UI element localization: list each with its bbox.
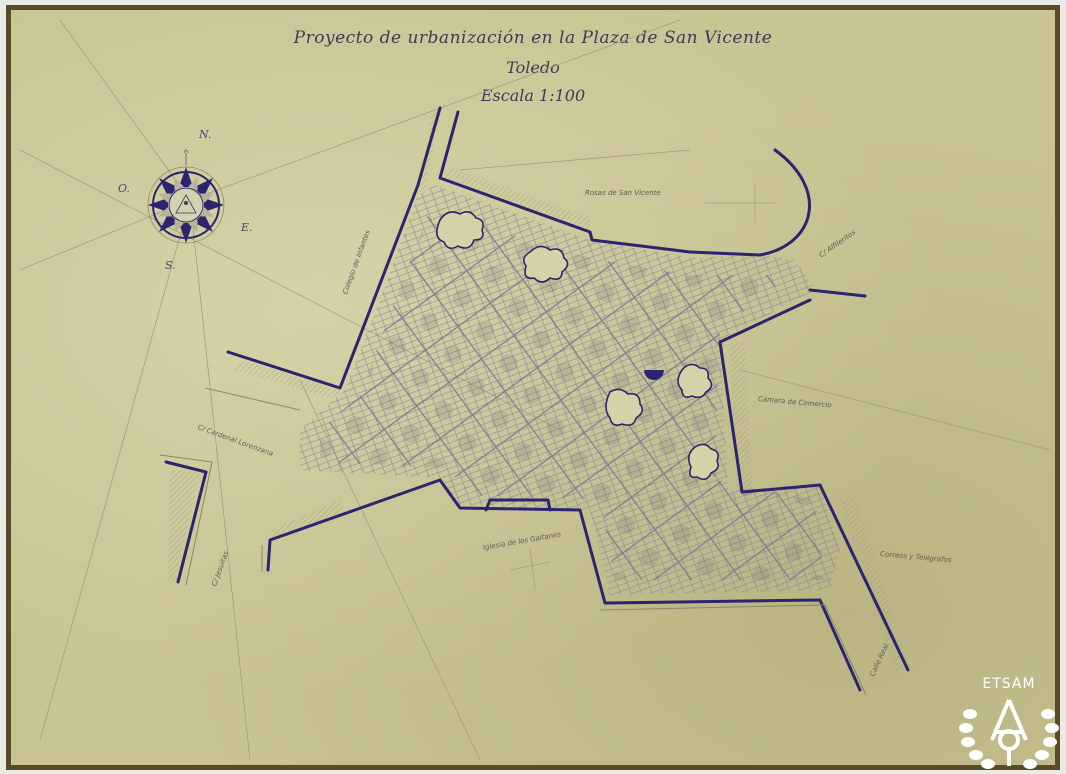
label-rosas-san-vicente: Rosas de San Vicente [585,189,661,197]
compass-rose [148,150,224,243]
etsam-watermark: ETSAM [956,676,1062,772]
etsam-label: ETSAM [956,676,1062,692]
planter-3 [678,364,712,397]
site-plan [0,0,1066,774]
compass-south-label: S. [165,259,176,272]
compass-west-label: O. [118,182,130,195]
planter-2 [524,246,568,282]
compass-east-label: E. [241,221,253,234]
compass-north-label: N. [199,128,211,141]
